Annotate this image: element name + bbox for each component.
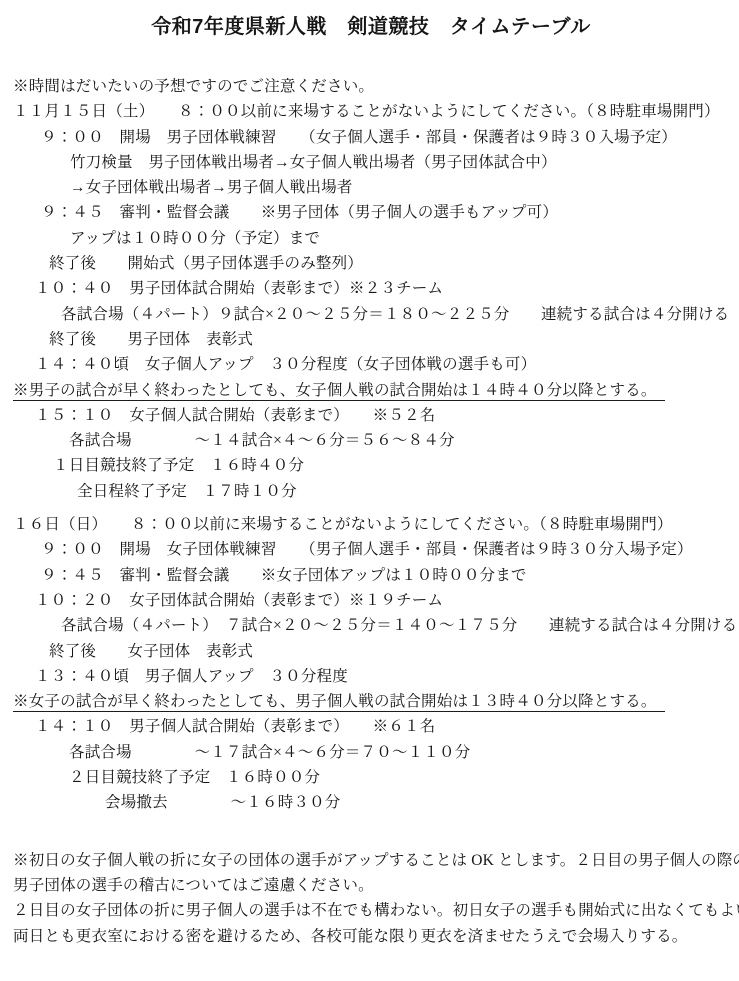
day1-1510: １５：１０ 女子個人試合開始（表彰まで） ※５２名 xyxy=(35,403,729,428)
line-text: １１月１５日（土） ８：００以前に来場することがないようにしてください。（８時駐… xyxy=(13,103,720,120)
day1-opening: 終了後 開始式（男子団体選手のみ整列） xyxy=(49,251,729,276)
page-title: 令和7年度県新人戦 剣道競技 タイムテーブル xyxy=(13,12,729,42)
day2-award: 終了後 女子団体 表彰式 xyxy=(49,639,729,664)
line-text: →女子団体戦出場者→男子個人戦出場者 xyxy=(70,179,353,196)
line-text: ※女子の試合が早く終わったとしても、男子個人戦の試合開始は１３時４０分以降とする… xyxy=(13,693,665,712)
note-top: ※時間はだいたいの予想ですのでご注意ください。 xyxy=(13,74,729,99)
line-text: ９：４５ 審判・監督会議 ※男子団体（男子個人の選手もアップ可） xyxy=(41,204,558,221)
line-text: １日目競技終了予定 １６時４０分 xyxy=(53,457,304,474)
line-text: アップは１０時００分（予定）まで xyxy=(70,230,320,247)
line-text: ※男子の試合が早く終わったとしても、女子個人戦の試合開始は１４時４０分以降とする… xyxy=(13,382,665,401)
day2-court-calc2: 各試合場 ～１７試合×４～６分＝７０～１１０分 xyxy=(69,740,729,765)
day1-warmup-note: アップは１０時００分（予定）まで xyxy=(70,226,729,251)
line-text: 各試合場 ～１４試合×４～６分＝５６～８４分 xyxy=(69,432,455,449)
document-page: 令和7年度県新人戦 剣道競技 タイムテーブル ※時間はだいたいの予想ですのでご注… xyxy=(0,0,739,981)
line-text: ２日目の女子団体の折に男子個人の選手は不在でも構わない。初日女子の選手も開始式に… xyxy=(13,902,739,919)
line-text: 終了後 開始式（男子団体選手のみ整列） xyxy=(49,255,363,272)
day2-0900: ９：００ 開場 女子団体戦練習 （男子個人選手・部員・保護者は９時３０分入場予定… xyxy=(41,537,729,562)
footer-para-1: ※初日の女子個人戦の折に女子の団体の選手がアップすることは OK とします。２日… xyxy=(13,848,729,873)
day2-end-time: ２日目競技終了予定 １６時００分 xyxy=(69,765,729,790)
day2-0945: ９：４５ 審判・監督会議 ※女子団体アップは１０時００分まで xyxy=(41,563,729,588)
line-text: 各試合場（４パート） ７試合×２０～２５分＝１４０～１７５分 連続する試合は４分… xyxy=(61,617,737,634)
line-text: ９：４５ 審判・監督会議 ※女子団体アップは１０時００分まで xyxy=(41,567,527,584)
line-text: 終了後 女子団体 表彰式 xyxy=(49,643,253,660)
footer-para-4: 両日とも更衣室における密を避けるため、各校可能な限り更衣を済ませたうえで会場入り… xyxy=(13,924,729,949)
day1-1040: １０：４０ 男子団体試合開始（表彰まで）※２３チーム xyxy=(35,276,729,301)
line-text: 各試合場 ～１７試合×４～６分＝７０～１１０分 xyxy=(69,744,470,761)
line-text: 男子団体の選手の稽古についてはご遠慮ください。 xyxy=(13,877,374,894)
line-text: １３：４０頃 男子個人アップ ３０分程度 xyxy=(35,668,348,685)
line-text: 各試合場（４パート）９試合×２０～２５分＝１８０～２２５分 連続する試合は４分開… xyxy=(61,306,729,323)
line-text: 全日程終了予定 １７時１０分 xyxy=(77,483,297,500)
day1-0945: ９：４５ 審判・監督会議 ※男子団体（男子個人の選手もアップ可） xyxy=(41,200,729,225)
day1-heading: １１月１５日（土） ８：００以前に来場することがないようにしてください。（８時駐… xyxy=(13,99,729,124)
line-text: 終了後 男子団体 表彰式 xyxy=(49,331,253,348)
day1-end-time: １日目競技終了予定 １６時４０分 xyxy=(53,453,729,478)
footer-para-2: 男子団体の選手の稽古についてはご遠慮ください。 xyxy=(13,873,729,898)
line-text: ９：００ 開場 男子団体戦練習 （女子個人選手・部員・保護者は９時３０入場予定） xyxy=(41,129,677,146)
line-text: １０：４０ 男子団体試合開始（表彰まで）※２３チーム xyxy=(35,280,443,297)
day2-underline-note: ※女子の試合が早く終わったとしても、男子個人戦の試合開始は１３時４０分以降とする… xyxy=(13,689,729,714)
day2-heading: １６日（日） ８：００以前に来場することがないようにしてください。（８時駐車場開… xyxy=(13,512,729,537)
line-text: １５：１０ 女子個人試合開始（表彰まで） ※５２名 xyxy=(35,407,435,424)
day1-0900: ９：００ 開場 男子団体戦練習 （女子個人選手・部員・保護者は９時３０入場予定） xyxy=(41,125,729,150)
day2-1020: １０：２０ 女子団体試合開始（表彰まで）※１９チーム xyxy=(35,588,729,613)
day1-award: 終了後 男子団体 表彰式 xyxy=(49,327,729,352)
line-text: １０：２０ 女子団体試合開始（表彰まで）※１９チーム xyxy=(35,592,443,609)
day1-court-calc2: 各試合場 ～１４試合×４～６分＝５６～８４分 xyxy=(69,428,729,453)
line-text: ９：００ 開場 女子団体戦練習 （男子個人選手・部員・保護者は９時３０分入場予定… xyxy=(41,541,693,558)
line-text: １４：１０ 男子個人試合開始（表彰まで） ※６１名 xyxy=(35,718,435,735)
day1-shinai-check: 竹刀検量 男子団体戦出場者→女子個人戦出場者（男子団体試合中） xyxy=(70,150,729,175)
doc-body: ※時間はだいたいの予想ですのでご注意ください。１１月１５日（土） ８：００以前に… xyxy=(13,74,729,949)
day2-1340: １３：４０頃 男子個人アップ ３０分程度 xyxy=(35,664,729,689)
day1-1440: １４：４０頃 女子個人アップ ３０分程度（女子団体戦の選手も可） xyxy=(35,352,729,377)
line-text: 会場撤去 ～１６時３０分 xyxy=(105,794,341,811)
line-text: 両日とも更衣室における密を避けるため、各校可能な限り更衣を済ませたうえで会場入り… xyxy=(13,928,687,945)
day1-all-end-time: 全日程終了予定 １７時１０分 xyxy=(77,479,729,504)
line-text: ２日目競技終了予定 １６時００分 xyxy=(69,769,320,786)
footer-para-3: ２日目の女子団体の折に男子個人の選手は不在でも構わない。初日女子の選手も開始式に… xyxy=(13,898,729,923)
line-text: １４：４０頃 女子個人アップ ３０分程度（女子団体戦の選手も可） xyxy=(35,356,536,373)
line-text: ※時間はだいたいの予想ですのでご注意ください。 xyxy=(13,78,374,95)
day1-court-calc: 各試合場（４パート）９試合×２０～２５分＝１８０～２２５分 連続する試合は４分開… xyxy=(61,302,729,327)
day1-shinai-order: →女子団体戦出場者→男子個人戦出場者 xyxy=(70,175,729,200)
line-text: 竹刀検量 男子団体戦出場者→女子個人戦出場者（男子団体試合中） xyxy=(70,154,557,171)
line-text: ※初日の女子個人戦の折に女子の団体の選手がアップすることは OK とします。２日… xyxy=(13,852,739,869)
day1-underline-note: ※男子の試合が早く終わったとしても、女子個人戦の試合開始は１４時４０分以降とする… xyxy=(13,378,729,403)
day2-court-calc: 各試合場（４パート） ７試合×２０～２５分＝１４０～１７５分 連続する試合は４分… xyxy=(61,613,729,638)
day2-1410: １４：１０ 男子個人試合開始（表彰まで） ※６１名 xyxy=(35,714,729,739)
line-text: １６日（日） ８：００以前に来場することがないようにしてください。（８時駐車場開… xyxy=(13,516,673,533)
day2-teardown: 会場撤去 ～１６時３０分 xyxy=(105,790,729,815)
